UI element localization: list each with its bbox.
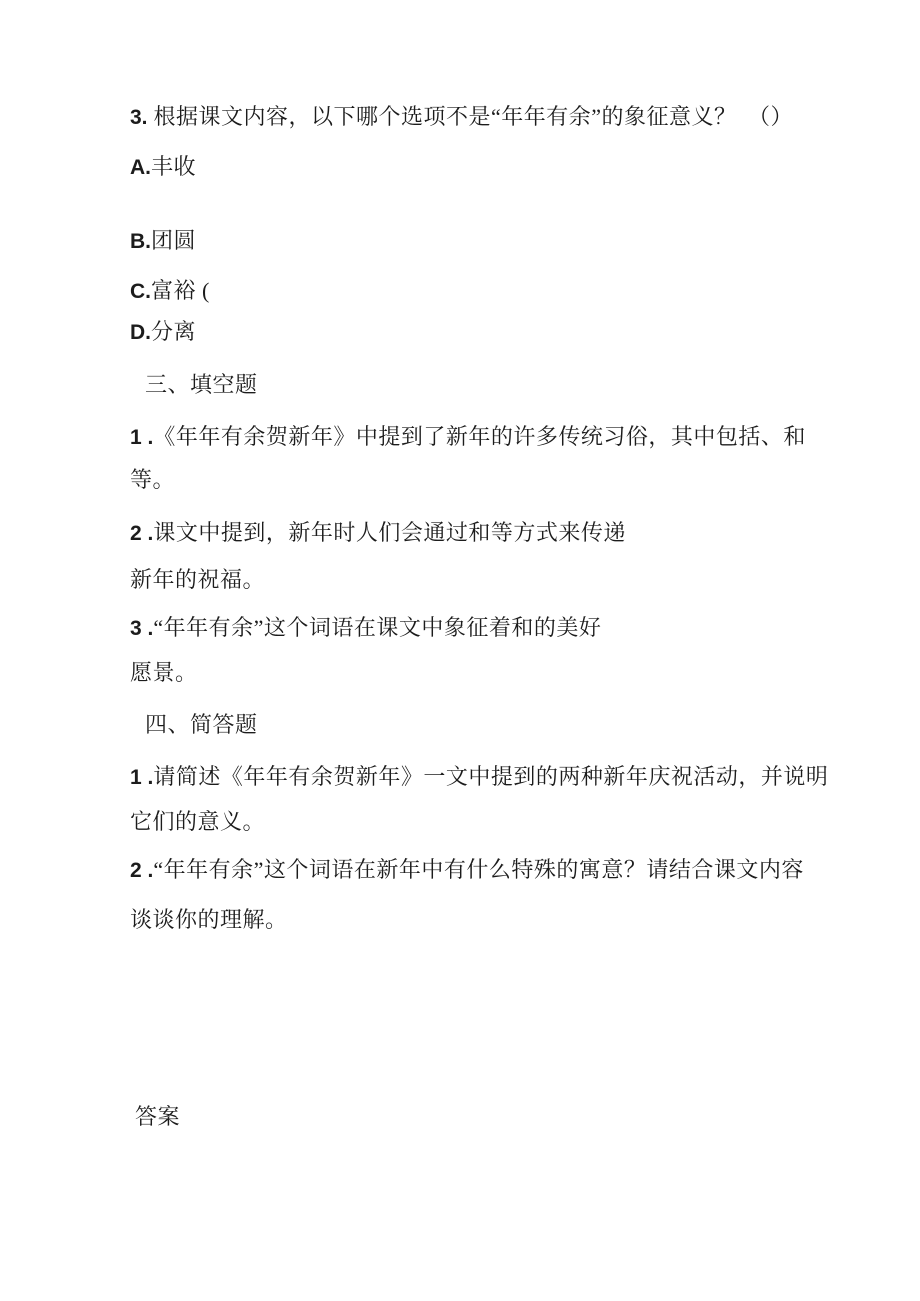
- section-heading-short-answer-text: 四、简答题: [145, 712, 258, 737]
- fill-in-3-text: “年年有余”这个词语在课文中象征着和的美好: [153, 615, 601, 640]
- fill-in-3-number: 3 .: [130, 617, 153, 640]
- fill-in-3-line-2: 愿景。: [130, 658, 198, 688]
- short-answer-1-line-1: 1 .请简述《年年有余贺新年》一文中提到的两种新年庆祝活动，并说明: [130, 762, 828, 793]
- fill-in-1-text: 《年年有余贺新年》中提到了新年的许多传统习俗，其中包括、和: [153, 424, 806, 449]
- fill-in-1-number: 1 .: [130, 426, 153, 449]
- question-3-line: 3. 根据课文内容，以下哪个选项不是“年年有余”的象征意义？ （）: [130, 102, 793, 133]
- short-answer-2-line-2-text: 谈谈你的理解。: [130, 907, 288, 932]
- short-answer-2-line-2: 谈谈你的理解。: [130, 905, 288, 935]
- fill-in-3-line-2-text: 愿景。: [130, 660, 198, 685]
- fill-in-1-line-1: 1 .《年年有余贺新年》中提到了新年的许多传统习俗，其中包括、和: [130, 422, 806, 453]
- option-c: C.富裕 (: [130, 276, 210, 307]
- option-a-text: 丰收: [151, 154, 196, 179]
- short-answer-2-number: 2 .: [130, 859, 153, 882]
- section-heading-fill-in: 三、填空题: [145, 370, 258, 400]
- option-a-letter: A.: [130, 156, 151, 179]
- fill-in-1-line-2-text: 等。: [130, 467, 175, 492]
- short-answer-1-number: 1 .: [130, 766, 153, 789]
- option-a: A.丰收: [130, 152, 196, 183]
- short-answer-2-text: “年年有余”这个词语在新年中有什么特殊的寓意？请结合课文内容: [153, 857, 804, 882]
- fill-in-2-line-1: 2 .课文中提到，新年时人们会通过和等方式来传递: [130, 518, 626, 549]
- fill-in-2-line-2: 新年的祝福。: [130, 565, 265, 595]
- option-c-letter: C.: [130, 280, 151, 303]
- fill-in-2-number: 2 .: [130, 522, 153, 545]
- option-b: B.团圆: [130, 226, 196, 257]
- option-d-text: 分离: [151, 319, 196, 344]
- option-b-text: 团圆: [151, 228, 196, 253]
- option-d: D.分离: [130, 317, 196, 348]
- option-c-text: 富裕 (: [151, 278, 210, 303]
- fill-in-2-line-2-text: 新年的祝福。: [130, 567, 265, 592]
- document-page: 3. 根据课文内容，以下哪个选项不是“年年有余”的象征意义？ （） A.丰收 B…: [0, 0, 920, 1301]
- answers-heading-text: 答案: [135, 1104, 180, 1129]
- question-3-text: 根据课文内容，以下哪个选项不是“年年有余”的象征意义？ （）: [148, 104, 794, 129]
- fill-in-2-text: 课文中提到，新年时人们会通过和等方式来传递: [153, 520, 626, 545]
- section-heading-fill-in-text: 三、填空题: [145, 372, 258, 397]
- option-b-letter: B.: [130, 230, 151, 253]
- section-heading-short-answer: 四、简答题: [145, 710, 258, 740]
- question-3-number: 3.: [130, 106, 148, 129]
- fill-in-3-line-1: 3 .“年年有余”这个词语在课文中象征着和的美好: [130, 613, 601, 644]
- short-answer-1-line-2: 它们的意义。: [130, 807, 265, 837]
- short-answer-2-line-1: 2 .“年年有余”这个词语在新年中有什么特殊的寓意？请结合课文内容: [130, 855, 804, 886]
- answers-heading: 答案: [135, 1102, 180, 1132]
- option-d-letter: D.: [130, 321, 151, 344]
- short-answer-1-text: 请简述《年年有余贺新年》一文中提到的两种新年庆祝活动，并说明: [153, 764, 828, 789]
- short-answer-1-line-2-text: 它们的意义。: [130, 809, 265, 834]
- fill-in-1-line-2: 等。: [130, 465, 175, 495]
